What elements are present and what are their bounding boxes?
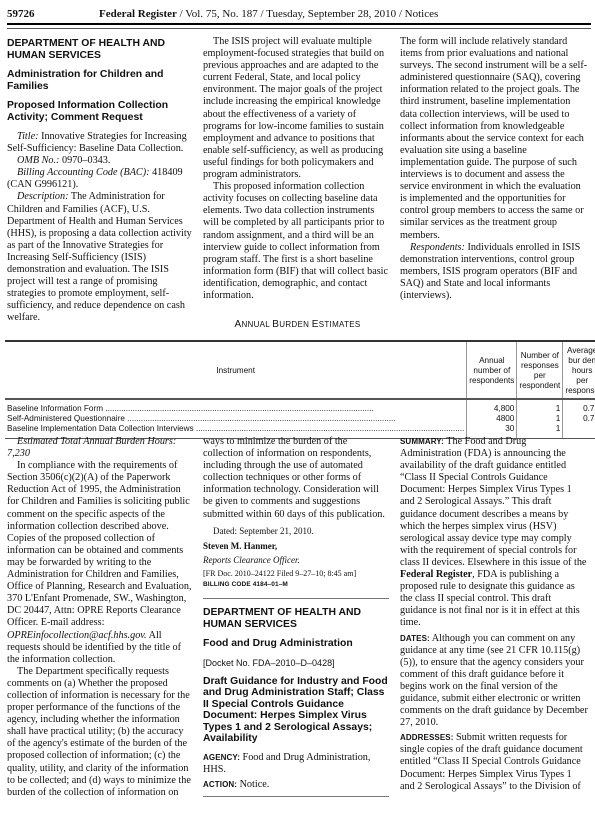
form-paragraph: The form will include relatively standar…	[400, 36, 588, 242]
docket-number: [Docket No. FDA–2010–D–0428]	[203, 657, 389, 669]
email-link[interactable]: OPREinfocollection@acf.hhs.gov.	[7, 630, 147, 641]
column-header: Instrument	[5, 341, 467, 399]
table-row: Baseline Information Form 4,800 1 0.75 3…	[5, 399, 595, 414]
omb-paragraph: OMB No.: 0970–0343.	[7, 155, 192, 167]
title-paragraph: Title: Innovative Strategies for Increas…	[7, 131, 192, 155]
table-title: ANNUAL BURDEN ESTIMATES	[0, 319, 595, 330]
signer-name: Steven M. Hanmer,	[203, 540, 389, 552]
department-heading: DEPARTMENT OF HEALTH AND HUMAN SERVICES	[7, 38, 192, 62]
billing-code: BILLING CODE 4184–01–M	[203, 579, 389, 590]
action-line: ACTION: Notice.	[203, 779, 389, 791]
agency-line: AGENCY: Food and Drug Administration, HH…	[203, 752, 389, 776]
dates-paragraph: DATES: Although you can comment on any g…	[400, 633, 588, 730]
column-3-top: The form will include relatively standar…	[400, 36, 588, 302]
bac-paragraph: Billing Accounting Code (BAC): 418409 (C…	[7, 167, 192, 191]
cell: 1	[517, 399, 563, 414]
fda-agency-heading: Food and Drug Administration	[203, 638, 389, 650]
summary-paragraph: SUMMARY: The Food and Drug Administratio…	[400, 436, 588, 630]
column-header: Annual number of respondents	[467, 341, 517, 399]
burden-hours-paragraph: Estimated Total Annual Burden Hours: 7,2…	[7, 436, 193, 460]
annual-burden-table: Instrument Annual number of respondents …	[5, 340, 595, 439]
department-requests-paragraph: The Department specifically requests com…	[7, 666, 193, 799]
header-rule-thin	[7, 28, 591, 29]
column-3-bottom: SUMMARY: The Food and Drug Administratio…	[400, 436, 588, 793]
agency-heading: Administration for Children and Families	[7, 69, 192, 93]
instrument-cell: Self-Administered Questionnaire	[5, 414, 467, 424]
compliance-paragraph: In compliance with the requirements of S…	[7, 460, 193, 666]
column-1-top: DEPARTMENT OF HEALTH AND HUMAN SERVICES …	[7, 38, 192, 325]
page-number: 59726	[7, 7, 35, 21]
proposed-collection-paragraph: This proposed information collection act…	[203, 181, 389, 302]
table-row: Self-Administered Questionnaire 4800 1 0…	[5, 414, 595, 424]
fda-subject-heading: Draft Guidance for Industry and Food and…	[203, 676, 389, 745]
column-header: Average bur den hours per response	[563, 341, 595, 399]
isis-paragraph: The ISIS project will evaluate multiple …	[203, 36, 389, 181]
publication-name: Federal Register	[99, 8, 177, 20]
instrument-cell: Baseline Information Form	[5, 399, 467, 414]
department-requests-continued: ways to minimize the burden of the colle…	[203, 436, 389, 521]
cell: 0.75	[563, 414, 595, 424]
cell: 4,800	[467, 399, 517, 414]
fda-department-heading: DEPARTMENT OF HEALTH AND HUMAN SERVICES	[203, 607, 389, 631]
subject-heading: Proposed Information Collection Activity…	[7, 100, 192, 124]
column-1-bottom: Estimated Total Annual Burden Hours: 7,2…	[7, 436, 193, 799]
section-divider	[203, 796, 389, 797]
table-header-row: Instrument Annual number of respondents …	[5, 341, 595, 399]
page-header: 59726 Federal Register / Vol. 75, No. 18…	[7, 4, 591, 22]
column-2-bottom: ways to minimize the burden of the colle…	[203, 436, 389, 805]
description-paragraph: Description: The Administration for Chil…	[7, 191, 192, 324]
issue-info: / Vol. 75, No. 187 / Tuesday, September …	[177, 8, 438, 20]
notice-divider	[203, 598, 389, 599]
header-rule-thick	[7, 23, 591, 25]
running-head: Federal Register / Vol. 75, No. 187 / Tu…	[99, 7, 438, 21]
dated-line: Dated: September 21, 2010.	[203, 525, 389, 537]
addresses-paragraph: ADDRESSES: Submit written requests for s…	[400, 732, 588, 792]
cell: 1	[517, 414, 563, 424]
signer-title: Reports Clearance Officer.	[203, 554, 389, 566]
cell: 4800	[467, 414, 517, 424]
cell: 0.75	[563, 399, 595, 414]
column-header: Number of responses per respondent	[517, 341, 563, 399]
column-2-top: The ISIS project will evaluate multiple …	[203, 36, 389, 302]
fr-doc-line: [FR Doc. 2010–24122 Filed 9–27–10; 8:45 …	[203, 568, 389, 579]
respondents-paragraph: Respondents: Individuals enrolled in ISI…	[400, 242, 588, 302]
